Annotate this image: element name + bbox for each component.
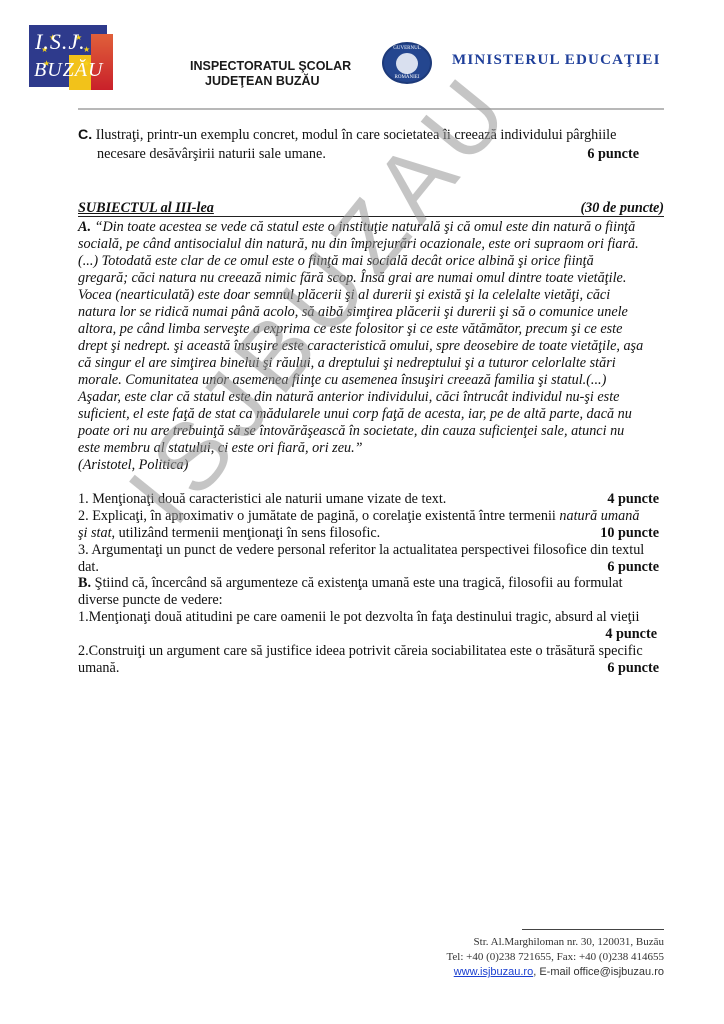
part-b-intro-line-2: diverse puncte de vedere:	[78, 592, 223, 609]
subject-3-points: (30 de puncte)	[580, 200, 664, 216]
footer-contact: www.isjbuzau.ro, E-mail office@isjbuzau.…	[454, 966, 664, 978]
section-c-label: C.	[78, 127, 92, 143]
quote-line: poate ori nu are trebuinţă să se întovăr…	[78, 423, 624, 440]
question-b1: 1.Menţionaţi două atitudini pe care oame…	[78, 609, 639, 626]
question-a3-points: 6 puncte	[607, 559, 659, 576]
footer-phone: Tel: +40 (0)238 721655, Fax: +40 (0)238 …	[446, 951, 664, 963]
quote-line: Vocea (nearticulată) este doar semnul pl…	[78, 287, 610, 304]
logo-text-buzau: BUZĂU	[34, 59, 103, 82]
isj-buzau-logo: ★ ★ ★ ★ ★ ★ I.S.J. BUZĂU	[29, 25, 117, 90]
question-a2-line-1: 2. Explicaţi, în aproximativ o jumătate …	[78, 508, 639, 525]
subject-3-heading: SUBIECTUL al III-lea (30 de puncte)	[78, 200, 664, 217]
section-c-line-1: C. Ilustraţi, printr-un exemplu concret,…	[78, 127, 616, 144]
institution-name: INSPECTORATUL ŞCOLAR JUDEŢEAN BUZĂU	[190, 59, 351, 89]
question-a1-points: 4 puncte	[607, 491, 659, 508]
logo-text-isj: I.S.J.	[35, 29, 86, 55]
quote-line: gregară; căci natura nu creează nimic fă…	[78, 270, 626, 287]
quote-line: este membru al statului, ci este ori fia…	[78, 440, 363, 457]
question-a3-line-1: 3. Argumentaţi un punct de vedere person…	[78, 542, 644, 559]
quote-line: natura lor se ridică numai până acolo, s…	[78, 304, 628, 321]
quote-line: A. “Din toate acestea se vede că statul …	[78, 219, 635, 236]
quote-line: morale. Comunitatea unor asemenea fiinţe…	[78, 372, 606, 389]
footer-address: Str. Al.Marghiloman nr. 30, 120031, Buză…	[474, 936, 664, 948]
header-divider	[78, 108, 664, 110]
quote-line: socială, pe când antisocialul din natură…	[78, 236, 639, 253]
section-c-line-2: necesare desăvârşirii naturii sale umane…	[97, 146, 326, 163]
government-seal-icon: GUVERNUL ROMÂNIEI	[382, 42, 432, 84]
question-b2-line-1: 2.Construiţi un argument care să justifi…	[78, 643, 643, 660]
quote-line: drept şi nedrept. şi această însuşire es…	[78, 338, 643, 355]
question-b1-points: 4 puncte	[605, 626, 657, 643]
quote-line: suficient, el este faţă de stat ca mădul…	[78, 406, 632, 423]
question-b2-points: 6 puncte	[607, 660, 659, 677]
quote-line: Aşadar, este clar că statul este din nat…	[78, 389, 619, 406]
part-a-label: A.	[78, 219, 95, 235]
ministry-name: MINISTERUL EDUCAŢIEI	[452, 52, 661, 69]
question-a3-line-2: dat.	[78, 559, 99, 576]
part-b-label: B.	[78, 575, 91, 591]
quote-source: (Aristotel, Politica)	[78, 457, 188, 474]
question-a1: 1. Menţionaţi două caracteristici ale na…	[78, 491, 446, 508]
footer-email: , E-mail office@isjbuzau.ro	[533, 966, 664, 978]
question-a2-line-2: şi stat, utilizând termenii menţionaţi î…	[78, 525, 380, 542]
website-link[interactable]: www.isjbuzau.ro	[454, 966, 533, 978]
section-c-points: 6 puncte	[587, 146, 639, 163]
question-b2-line-2: umană.	[78, 660, 119, 677]
question-a2-points: 10 puncte	[600, 525, 659, 542]
part-b-intro-line-1: B. Ştiind că, încercând să argumenteze c…	[78, 575, 623, 592]
quote-line: că singur el are simţirea binelui şi rău…	[78, 355, 616, 372]
quote-line: altora, pe când limba serveşte a exprima…	[78, 321, 622, 338]
quote-line: (...) Totodată este clar de ce omul este…	[78, 253, 594, 270]
footer-divider	[522, 929, 664, 930]
